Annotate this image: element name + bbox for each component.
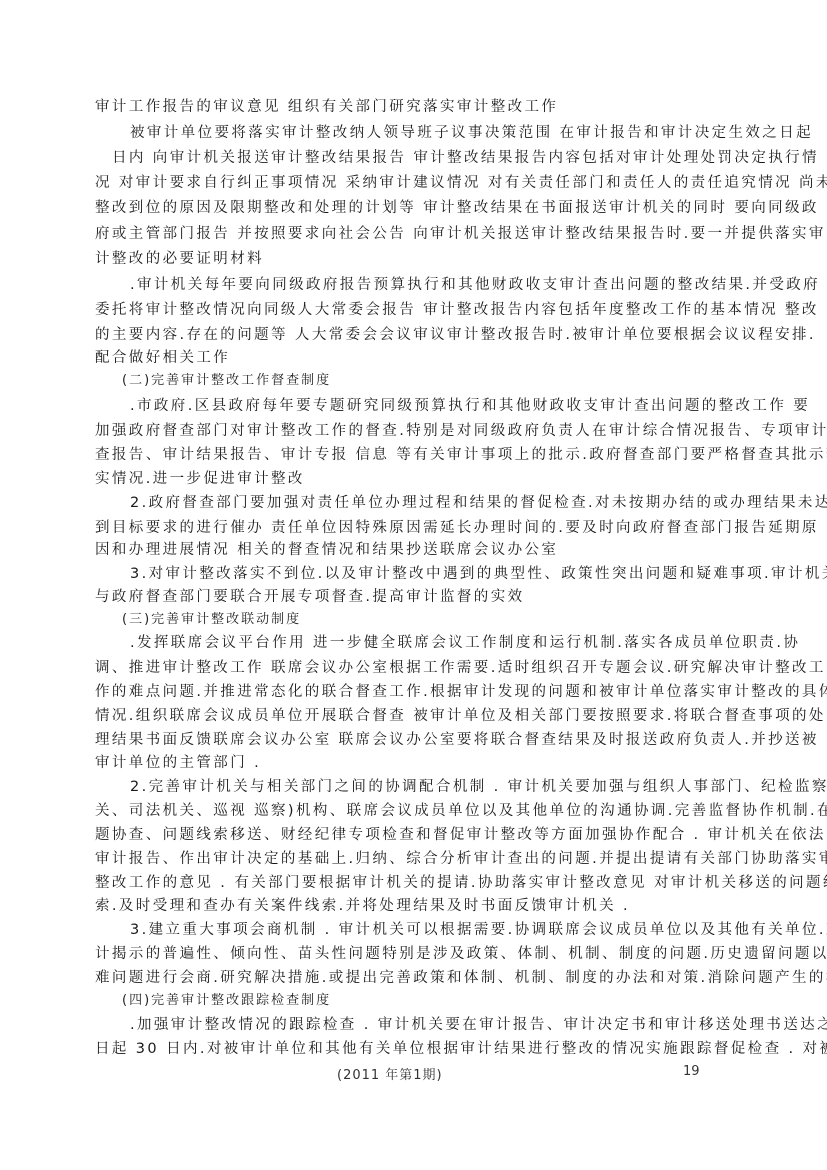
text-line: 配合做好相关工作 — [95, 348, 735, 368]
text-line: 作的难点问题.并推进常态化的联合督查工作.根据审计发现的问题和被审计单位落实审计… — [95, 682, 735, 702]
text-line: 查报告、审计结果报告、审计专报 信息 等有关审计事项上的批示.政府督查部门要严格… — [95, 445, 735, 465]
text-line: 理结果书面反馈联席会议办公室 联席会议办公室要将联合督查结果及时报送政府负责人.… — [95, 730, 735, 750]
text-line: 到目标要求的进行催办 责任单位因特殊原因需延长办理时间的.要及时向政府督查部门报… — [95, 518, 735, 538]
text-line: 与政府督查部门要联合开展专项督查.提高审计监督的实效 — [95, 587, 735, 607]
section-heading: (三)完善审计整改联动制度 — [122, 610, 762, 630]
text-line: 府或主管部门报告 并按照要求向社会公告 向审计机关报送审计整改结果报告时.要一并… — [95, 224, 735, 244]
text-line: 索.及时受理和查办有关案件线索.并将处理结果及时书面反馈审计机关 . — [95, 896, 735, 916]
text-line: 被审计单位要将落实审计整改纳人领导班子议事决策范围 在审计报告和审计决定生效之日… — [130, 123, 735, 143]
text-line: 3.对审计整改落实不到位.以及审计整改中遇到的典型性、政策性突出问题和疑难事项.… — [130, 564, 735, 584]
section-heading: (二)完善审计整改工作督查制度 — [122, 371, 762, 391]
document-page: 审计工作报告的审议意见 组织有关部门研究落实审计整改工作被审计单位要将落实审计整… — [0, 0, 827, 1170]
issue-label: (2011 年第1期) — [337, 1064, 443, 1083]
text-line: .发挥联席会议平台作用 进一步健全联席会议工作制度和运行机制.落实各成员单位职责… — [130, 633, 735, 653]
text-line: .加强审计整改情况的跟踪检查 . 审计机关要在审计报告、审计决定书和审计移送处理… — [130, 1015, 735, 1035]
text-line: 关、司法机关、巡视 巡察)机构、联席会议成员单位以及其他单位的沟通协调.完善监督… — [95, 801, 735, 821]
text-line: 整改到位的原因及限期整改和处理的计划等 审计整改结果在书面报送审计机关的同时 要… — [95, 198, 735, 218]
text-line: 的主要内容.存在的问题等 人大常委会会议审议审计整改报告时.被审计单位要根据会议… — [95, 325, 735, 345]
text-line: 委托将审计整改情况向同级人大常委会报告 审计整改报告内容包括年度整改工作的基本情… — [95, 300, 735, 320]
text-line: 难问题进行会商.研究解决措施.或提出完善政策和体制、机制、制度的办法和对策.消除… — [95, 968, 735, 988]
text-line: 况 对审计要求自行纠正事项情况 采纳审计建议情况 对有关责任部门和责任人的责任追… — [95, 173, 735, 193]
text-line: 日起 30 日内.对被审计单位和其他有关单位根据审计结果进行整改的情况实施跟踪督… — [95, 1039, 735, 1059]
text-line: 3.建立重大事项会商机制 . 审计机关可以根据需要.协调联席会议成员单位以及其他… — [130, 920, 735, 940]
text-line: 题协查、问题线索移送、财经纪律专项检查和督促审计整改等方面加强协作配合 . 审计… — [95, 825, 735, 845]
text-line: .审计机关每年要向同级政府报告预算执行和其他财政收支审计查出问题的整改结果.并受… — [130, 275, 735, 295]
text-line: 审计单位的主管部门 . — [95, 753, 735, 773]
text-line: 因和办理进展情况 相关的督查情况和结果抄送联席会议办公室 — [95, 540, 735, 560]
text-line: 整改工作的意见 . 有关部门要根据审计机关的提请.协助落实审计整改意见 对审计机… — [95, 873, 735, 893]
page-number: 19 — [683, 1064, 700, 1079]
section-heading: (四)完善审计整改跟踪检查制度 — [122, 991, 762, 1011]
text-line: 审计报告、作出审计决定的基础上.归纳、综合分析审计查出的问题.并提出提请有关部门… — [95, 849, 735, 869]
text-line: 加强政府督查部门对审计整改工作的督查.特别是对同级政府负责人在审计综合情况报告、… — [95, 421, 735, 441]
text-line: 实情况.进一步促进审计整改 — [95, 469, 735, 489]
text-line: 2.完善审计机关与相关部门之间的协调配合机制 . 审计机关要加强与组织人事部门、… — [130, 777, 735, 797]
text-line: 情况.组织联席会议成员单位开展联合督查 被审计单位及相关部门要按照要求.将联合督… — [95, 706, 735, 726]
text-line: .市政府.区县政府每年要专题研究同级预算执行和其他财政收支审计查出问题的整改工作… — [130, 396, 735, 416]
text-line: 计揭示的普遍性、倾向性、苗头性问题特别是涉及政策、体制、机制、制度的问题.历史遗… — [95, 944, 735, 964]
text-line: 调、推进审计整改工作 联席会议办公室根据工作需要.适时组织召开专题会议.研究解决… — [95, 658, 735, 678]
text-line: 审计工作报告的审议意见 组织有关部门研究落实审计整改工作 — [95, 97, 735, 117]
text-line: 日内 向审计机关报送审计整改结果报告 审计整改结果报告内容包括对审计处理处罚决定… — [112, 148, 735, 168]
text-line: 2.政府督查部门要加强对责任单位办理过程和结果的督促检查.对未按期办结的或办理结… — [130, 493, 735, 513]
text-line: 计整改的必要证明材料 — [95, 249, 735, 269]
